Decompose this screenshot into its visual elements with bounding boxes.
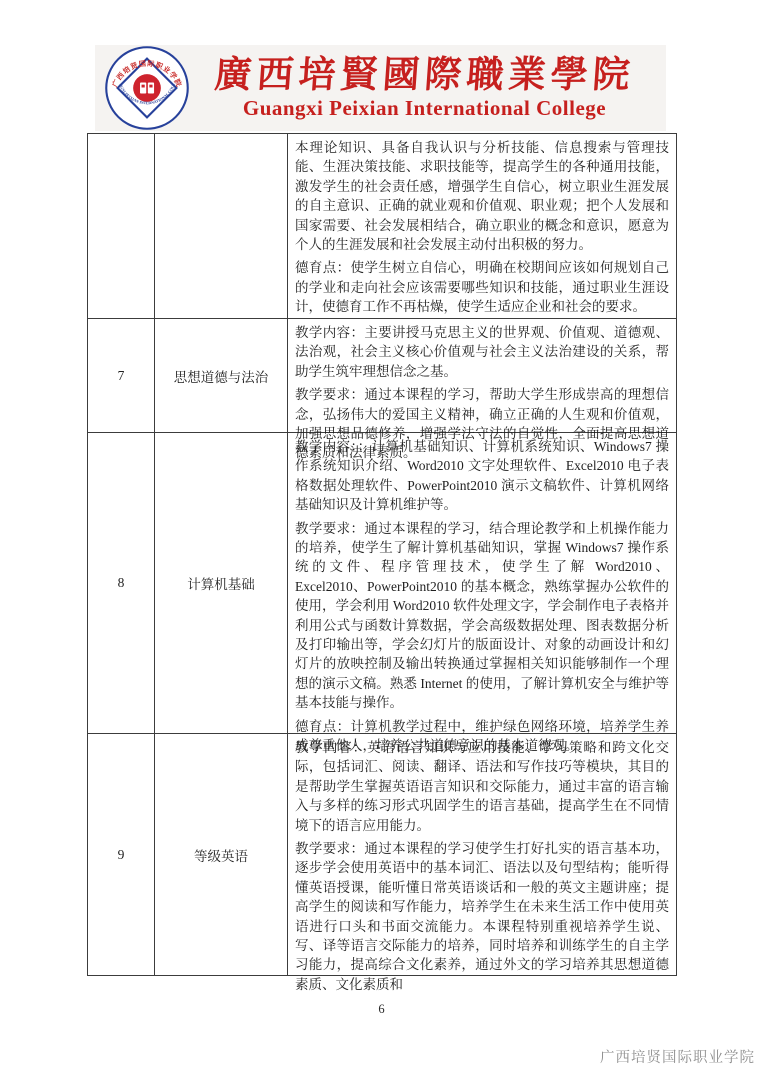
course-no-cell: 7 [88,319,155,433]
college-name-english: Guangxi Peixian International College [189,96,660,120]
course-no-cell: 8 [88,433,155,734]
course-name-cell: 思想道德与法治 [155,319,288,433]
page-number: 6 [0,1002,763,1017]
course-desc-paragraph: 教学内容：英语语言知识与应用技能、学习策略和跨文化交际，包括词汇、阅读、翻译、语… [295,738,669,835]
course-desc-cell: 本理论知识、具备自我认识与分析技能、信息搜索与管理技能、生涯决策技能、求职技能等… [288,134,677,319]
table-row-course8: 8 计算机基础 教学内容：：计算机基础知识、计算机系统知识、Windows7 操… [88,433,677,734]
course-desc-paragraph: 教学要求：通过本课程的学习使学生打好扎实的语言基本功，逐步学会使用英语中的基本词… [295,839,669,994]
college-title-block: 廣西培賢國際職業學院 Guangxi Peixian International… [189,56,666,120]
course-name-cell: 等级英语 [155,734,288,976]
college-name-chinese: 廣西培賢國際職業學院 [188,56,662,96]
course-name-cell [155,134,288,319]
course-no-cell [88,134,155,319]
course-desc-paragraph: 教学要求：通过本课程的学习，结合理论教学和上机操作能力的培养，使学生了解计算机基… [295,519,669,713]
college-seal-icon: 广西培贤国际职业学院 GUANGXI PEIXIAN INTERNATIONAL… [105,46,189,130]
footer-watermark: 广西培贤国际职业学院 [600,1046,755,1067]
course-no-cell: 9 [88,734,155,976]
table-row-course7: 7 思想道德与法治 教学内容：主要讲授马克思主义的世界观、价值观、道德观、法治观… [88,319,677,433]
table-row-course9: 9 等级英语 教学内容：英语语言知识与应用技能、学习策略和跨文化交际，包括词汇、… [88,734,677,976]
table-row-course6-continued: 本理论知识、具备自我认识与分析技能、信息搜索与管理技能、生涯决策技能、求职技能等… [88,134,677,319]
course-desc-paragraph: 德育点：使学生树立自信心，明确在校期间应该如何规划自己的学业和走向社会应该需要哪… [295,258,669,316]
course-desc-paragraph: 教学内容：：计算机基础知识、计算机系统知识、Windows7 操作系统知识介绍、… [295,437,669,515]
document-page: 广西培贤国际职业学院 GUANGXI PEIXIAN INTERNATIONAL… [0,0,763,1080]
course-desc-paragraph: 教学内容：主要讲授马克思主义的世界观、价值观、道德观、法治观，社会主义核心价值观… [295,323,669,381]
course-desc-cell: 教学内容：英语语言知识与应用技能、学习策略和跨文化交际，包括词汇、阅读、翻译、语… [288,734,677,976]
course-desc-paragraph: 本理论知识、具备自我认识与分析技能、信息搜索与管理技能、生涯决策技能、求职技能等… [295,138,669,254]
course-name-cell: 计算机基础 [155,433,288,734]
course-description-table: 本理论知识、具备自我认识与分析技能、信息搜索与管理技能、生涯决策技能、求职技能等… [87,133,677,976]
college-logo: 广西培贤国际职业学院 GUANGXI PEIXIAN INTERNATIONAL… [105,46,189,130]
course-desc-cell: 教学内容：：计算机基础知识、计算机系统知识、Windows7 操作系统知识介绍、… [288,433,677,734]
course-desc-cell: 教学内容：主要讲授马克思主义的世界观、价值观、道德观、法治观，社会主义核心价值观… [288,319,677,433]
college-header-banner: 广西培贤国际职业学院 GUANGXI PEIXIAN INTERNATIONAL… [95,45,666,131]
